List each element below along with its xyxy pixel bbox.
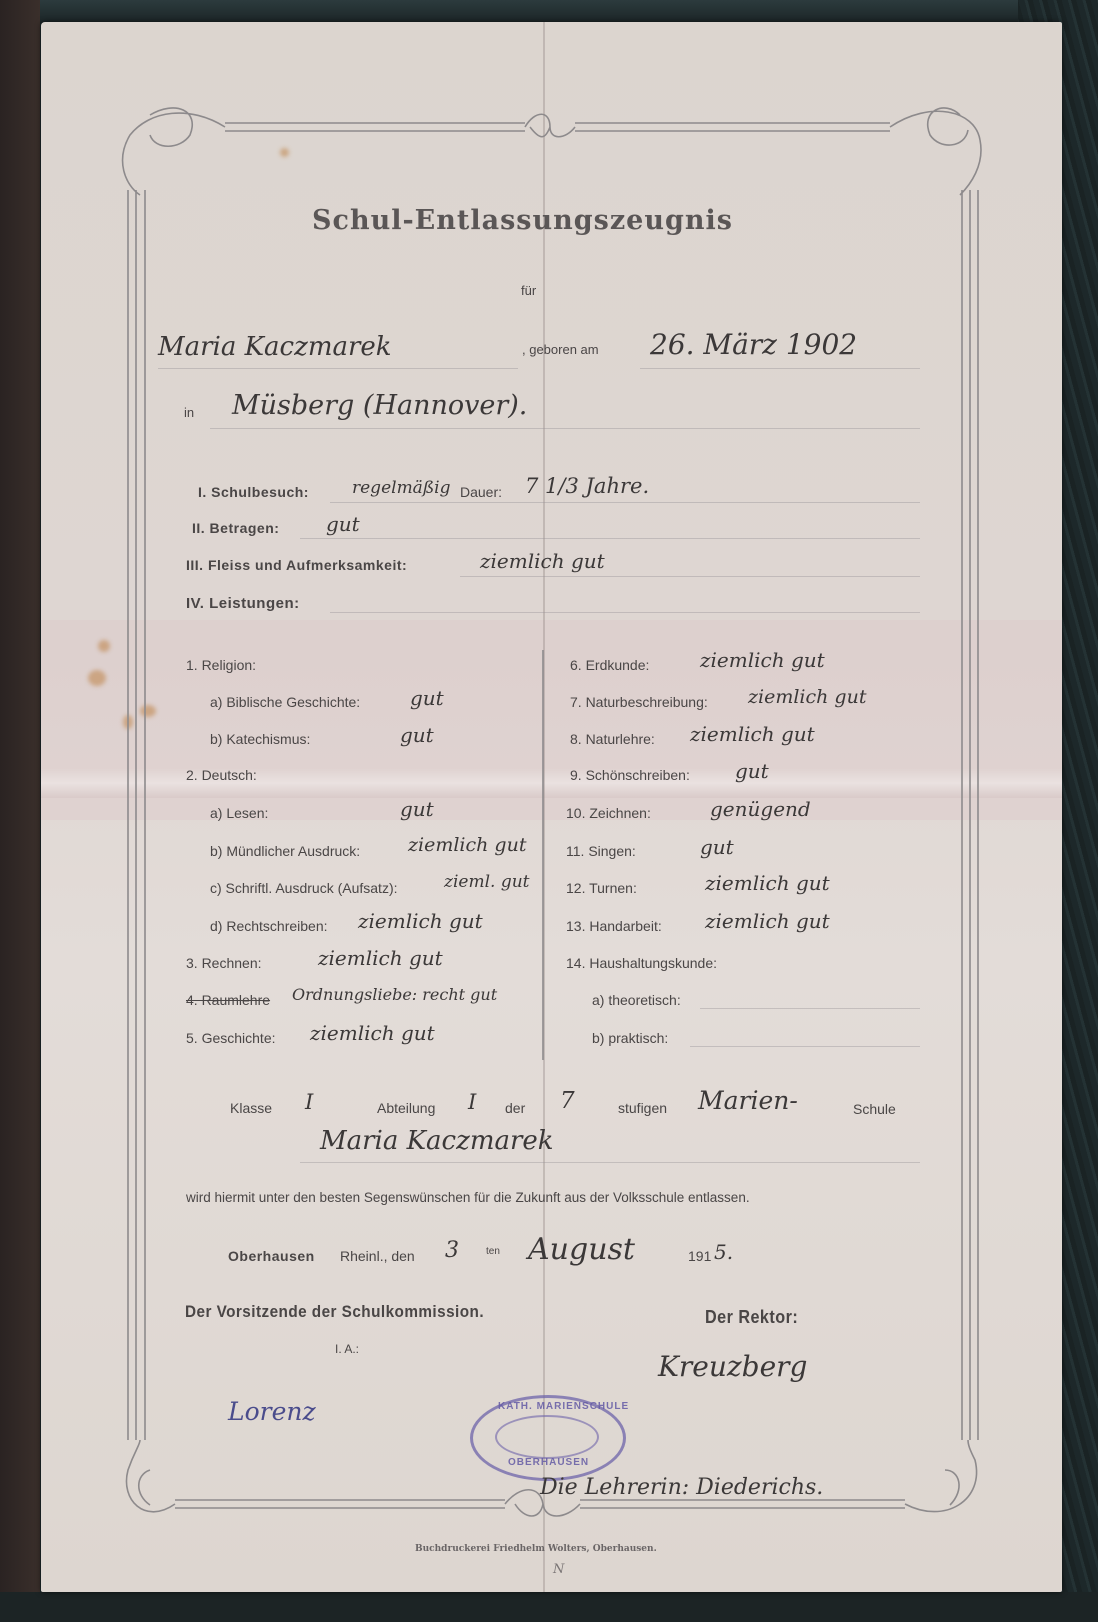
city-label: Oberhausen: [228, 1248, 315, 1264]
fill-line: [460, 576, 920, 577]
subject-label: 5. Geschichte:: [186, 1030, 276, 1046]
betragen-value: gut: [326, 512, 360, 536]
subject-label: 10. Zeichnen:: [566, 805, 651, 821]
subject-label: b) Katechismus:: [210, 731, 310, 747]
subject-label: 13. Handarbeit:: [566, 918, 662, 934]
klasse-label: Klasse: [230, 1100, 272, 1116]
subject-label: 6. Erdkunde:: [570, 657, 649, 673]
stamp-bottom-text: OBERHAUSEN: [508, 1457, 589, 1468]
abteilung-label: Abteilung: [377, 1100, 435, 1116]
subject-label: 2. Deutsch:: [186, 767, 257, 783]
subject-label: d) Rechtschreiben:: [210, 918, 328, 934]
birthplace: Müsberg (Hannover).: [232, 390, 527, 421]
subject-label: 4. Raumlehre: [186, 992, 270, 1008]
in-label: in: [184, 405, 194, 420]
subject-label: 9. Schönschreiben:: [570, 767, 690, 783]
fleiss-label: III. Fleiss und Aufmerksamkeit:: [186, 557, 407, 573]
subject-grade: gut: [735, 759, 769, 783]
subject-label: 8. Naturlehre:: [570, 731, 655, 747]
student-name-repeat: Maria Kaczmarek: [320, 1126, 554, 1156]
klasse-value: I: [305, 1090, 313, 1114]
der-label: der: [505, 1100, 525, 1116]
dauer-value: 7 1/3 Jahre.: [525, 474, 649, 498]
subject-label: 14. Haushaltungskunde:: [566, 955, 717, 971]
schulbesuch-label: I. Schulbesuch:: [198, 484, 309, 500]
school-stamp-inner: [495, 1415, 599, 1459]
subject-label: c) Schriftl. Ausdruck (Aufsatz):: [210, 880, 398, 896]
stufen-value: 7: [560, 1088, 575, 1114]
fill-line: [330, 502, 920, 503]
subject-grade: ziemlich gut: [408, 834, 526, 856]
fuer-label: für: [521, 283, 536, 298]
fill-line: [158, 368, 518, 369]
fleiss-value: ziemlich gut: [480, 549, 605, 573]
dismissal-text: wird hiermit unter den besten Segenswüns…: [186, 1190, 750, 1205]
leistungen-label: IV. Leistungen:: [186, 595, 300, 612]
subject-grade: ziemlich gut: [310, 1021, 435, 1045]
subject-grade: Ordnungsliebe: recht gut: [292, 985, 497, 1004]
ornamental-border: [0, 0, 1098, 1622]
fill-line: [300, 1162, 920, 1163]
stufigen-label: stufigen: [618, 1100, 667, 1116]
subject-label: a) Biblische Geschichte:: [210, 694, 360, 710]
fill-line: [690, 1046, 920, 1047]
subject-grade: gut: [400, 723, 434, 747]
subject-label: 12. Turnen:: [566, 880, 637, 896]
subject-grade: gut: [700, 835, 734, 859]
teacher-signature: Die Lehrerin: Diederichs.: [540, 1475, 823, 1500]
schulbesuch-value: regelmäßig: [352, 478, 451, 498]
fill-line: [700, 1008, 920, 1009]
rektor-signature: Kreuzberg: [658, 1350, 807, 1383]
subject-grade: ziemlich gut: [318, 946, 443, 970]
subject-grade: ziemlich gut: [748, 686, 866, 708]
subject-grade: ziemlich gut: [705, 909, 830, 933]
rektor-title: Der Rektor:: [705, 1307, 798, 1328]
subject-label: a) theoretisch:: [592, 992, 681, 1008]
subject-grade: ziemlich gut: [700, 648, 825, 672]
subject-grade: zieml. gut: [444, 872, 529, 892]
dauer-label: Dauer:: [460, 484, 502, 500]
subject-grade: ziemlich gut: [358, 909, 483, 933]
subject-grade: gut: [410, 686, 444, 710]
region-label: Rheinl., den: [340, 1248, 415, 1264]
student-name: Maria Kaczmarek: [158, 332, 392, 362]
date-year-prefix: 191: [688, 1248, 711, 1264]
subject-grade: gut: [400, 797, 434, 821]
subject-grade: ziemlich gut: [705, 871, 830, 895]
document-title: Schul-Entlassungszeugnis: [312, 205, 733, 236]
date-day: 3: [445, 1238, 459, 1263]
fill-line: [300, 538, 920, 539]
born-label: , geboren am: [522, 342, 599, 357]
footer-mark: N: [553, 1562, 564, 1577]
subject-label: 7. Naturbeschreibung:: [570, 694, 708, 710]
subject-label: 3. Rechnen:: [186, 955, 262, 971]
printer-imprint: Buchdruckerei Friedhelm Wolters, Oberhau…: [415, 1544, 657, 1554]
subject-label: b) Mündlicher Ausdruck:: [210, 843, 360, 859]
betragen-label: II. Betragen:: [192, 520, 279, 536]
commission-title: Der Vorsitzende der Schulkommission.: [185, 1302, 484, 1322]
subject-grade: genügend: [710, 797, 811, 821]
date-year-suffix: 5.: [714, 1240, 733, 1264]
subject-label: 1. Religion:: [186, 657, 256, 673]
subject-label: 11. Singen:: [566, 843, 636, 859]
school-name-value: Marien-: [698, 1086, 798, 1115]
subject-label: b) praktisch:: [592, 1030, 668, 1046]
stamp-top-text: KATH. MARIENSCHULE: [498, 1401, 629, 1412]
subject-label: a) Lesen:: [210, 805, 268, 821]
date-day-suffix: ten: [486, 1246, 500, 1257]
fill-line: [330, 612, 920, 613]
commission-signature: Lorenz: [228, 1397, 316, 1426]
abteilung-value: I: [468, 1090, 476, 1114]
schule-label: Schule: [853, 1101, 896, 1117]
birth-date: 26. März 1902: [650, 328, 857, 361]
subject-grade: ziemlich gut: [690, 722, 815, 746]
ia-label: I. A.:: [335, 1342, 359, 1356]
fill-line: [210, 428, 920, 429]
date-month: August: [528, 1232, 635, 1267]
fill-line: [640, 368, 920, 369]
